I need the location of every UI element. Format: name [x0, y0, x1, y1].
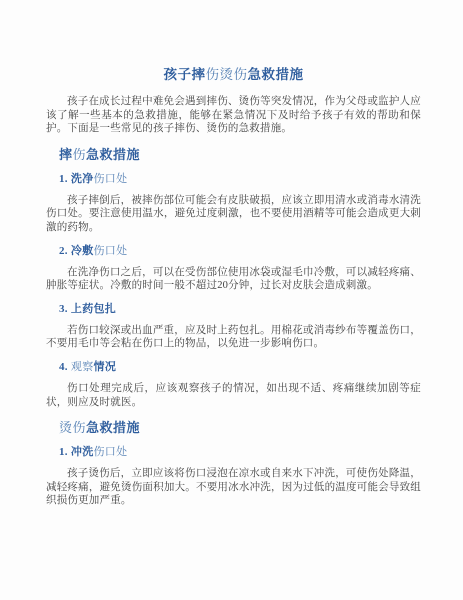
heading-segment-bold: 摔: [59, 147, 73, 162]
heading-segment-bold: 1. 冲洗: [59, 446, 94, 458]
section-heading-fall: 摔伤急救措施: [59, 147, 421, 163]
heading-segment-bold: 1. 洗净: [59, 173, 94, 185]
heading-segment-bold: 2. 冷敷: [59, 245, 94, 257]
section-heading-burn: 烫伤急救措施: [59, 420, 421, 436]
body-paragraph-fall-1: 孩子摔倒后，被摔伤部位可能会有皮肤破损，应该立即用清水或消毒水清洗伤口处。要注意…: [46, 194, 421, 235]
heading-segment-bold: 情况: [94, 361, 117, 373]
intro-paragraph: 孩子在成长过程中难免会遇到摔伤、烫伤等突发情况，作为父母或监护人应该了解一些基本…: [46, 95, 421, 136]
body-paragraph-fall-3: 若伤口较深或出血严重，应及时上药包扎。用棉花或消毒纱布等覆盖伤口，不要用毛巾等会…: [46, 324, 421, 351]
subheading-fall-2: 2. 冷敷伤口处: [59, 244, 421, 258]
heading-segment-light: 伤口处: [94, 173, 128, 185]
body-paragraph-fall-4: 伤口处理完成后，应该观察孩子的情况，如出现不适、疼痛继续加剧等症状，则应及时就医…: [46, 382, 421, 409]
title-segment-bold: 急救措施: [248, 67, 304, 82]
heading-segment-bold: 4.: [59, 361, 71, 373]
title-segment-bold: 孩子摔: [164, 67, 206, 82]
document-content: 孩子摔伤烫伤急救措施 孩子在成长过程中难免会遇到摔伤、烫伤等突发情况，作为父母或…: [46, 66, 421, 516]
subheading-fall-1: 1. 洗净伤口处: [59, 172, 421, 186]
heading-segment-bold: 急救措施: [86, 147, 140, 162]
heading-segment-light: 烫伤: [59, 420, 86, 435]
title-segment-light: 伤烫伤: [206, 67, 248, 82]
subheading-fall-3: 3. 上药包扎: [59, 302, 421, 316]
heading-segment-bold: 急救措施: [86, 420, 140, 435]
document-page: 孩子摔伤烫伤急救措施 孩子在成长过程中难免会遇到摔伤、烫伤等突发情况，作为父母或…: [0, 0, 463, 600]
heading-segment-light: 伤: [73, 147, 87, 162]
heading-segment-bold: 3. 上药包扎: [59, 303, 116, 315]
heading-segment-light: 伤口处: [94, 245, 128, 257]
body-paragraph-fall-2: 在洗净伤口之后，可以在受伤部位使用冰袋或湿毛巾冷敷，可以减轻疼痛、肿胀等症状。冷…: [46, 266, 421, 293]
heading-segment-light: 观察: [71, 361, 94, 373]
heading-segment-light: 伤口处: [94, 446, 128, 458]
subheading-burn-1: 1. 冲洗伤口处: [59, 445, 421, 459]
document-title: 孩子摔伤烫伤急救措施: [46, 66, 421, 83]
subheading-fall-4: 4. 观察情况: [59, 360, 421, 374]
body-paragraph-burn-1: 孩子烫伤后，立即应该将伤口浸泡在凉水或自来水下冲洗，可使伤处降温，减轻疼痛，避免…: [46, 467, 421, 508]
